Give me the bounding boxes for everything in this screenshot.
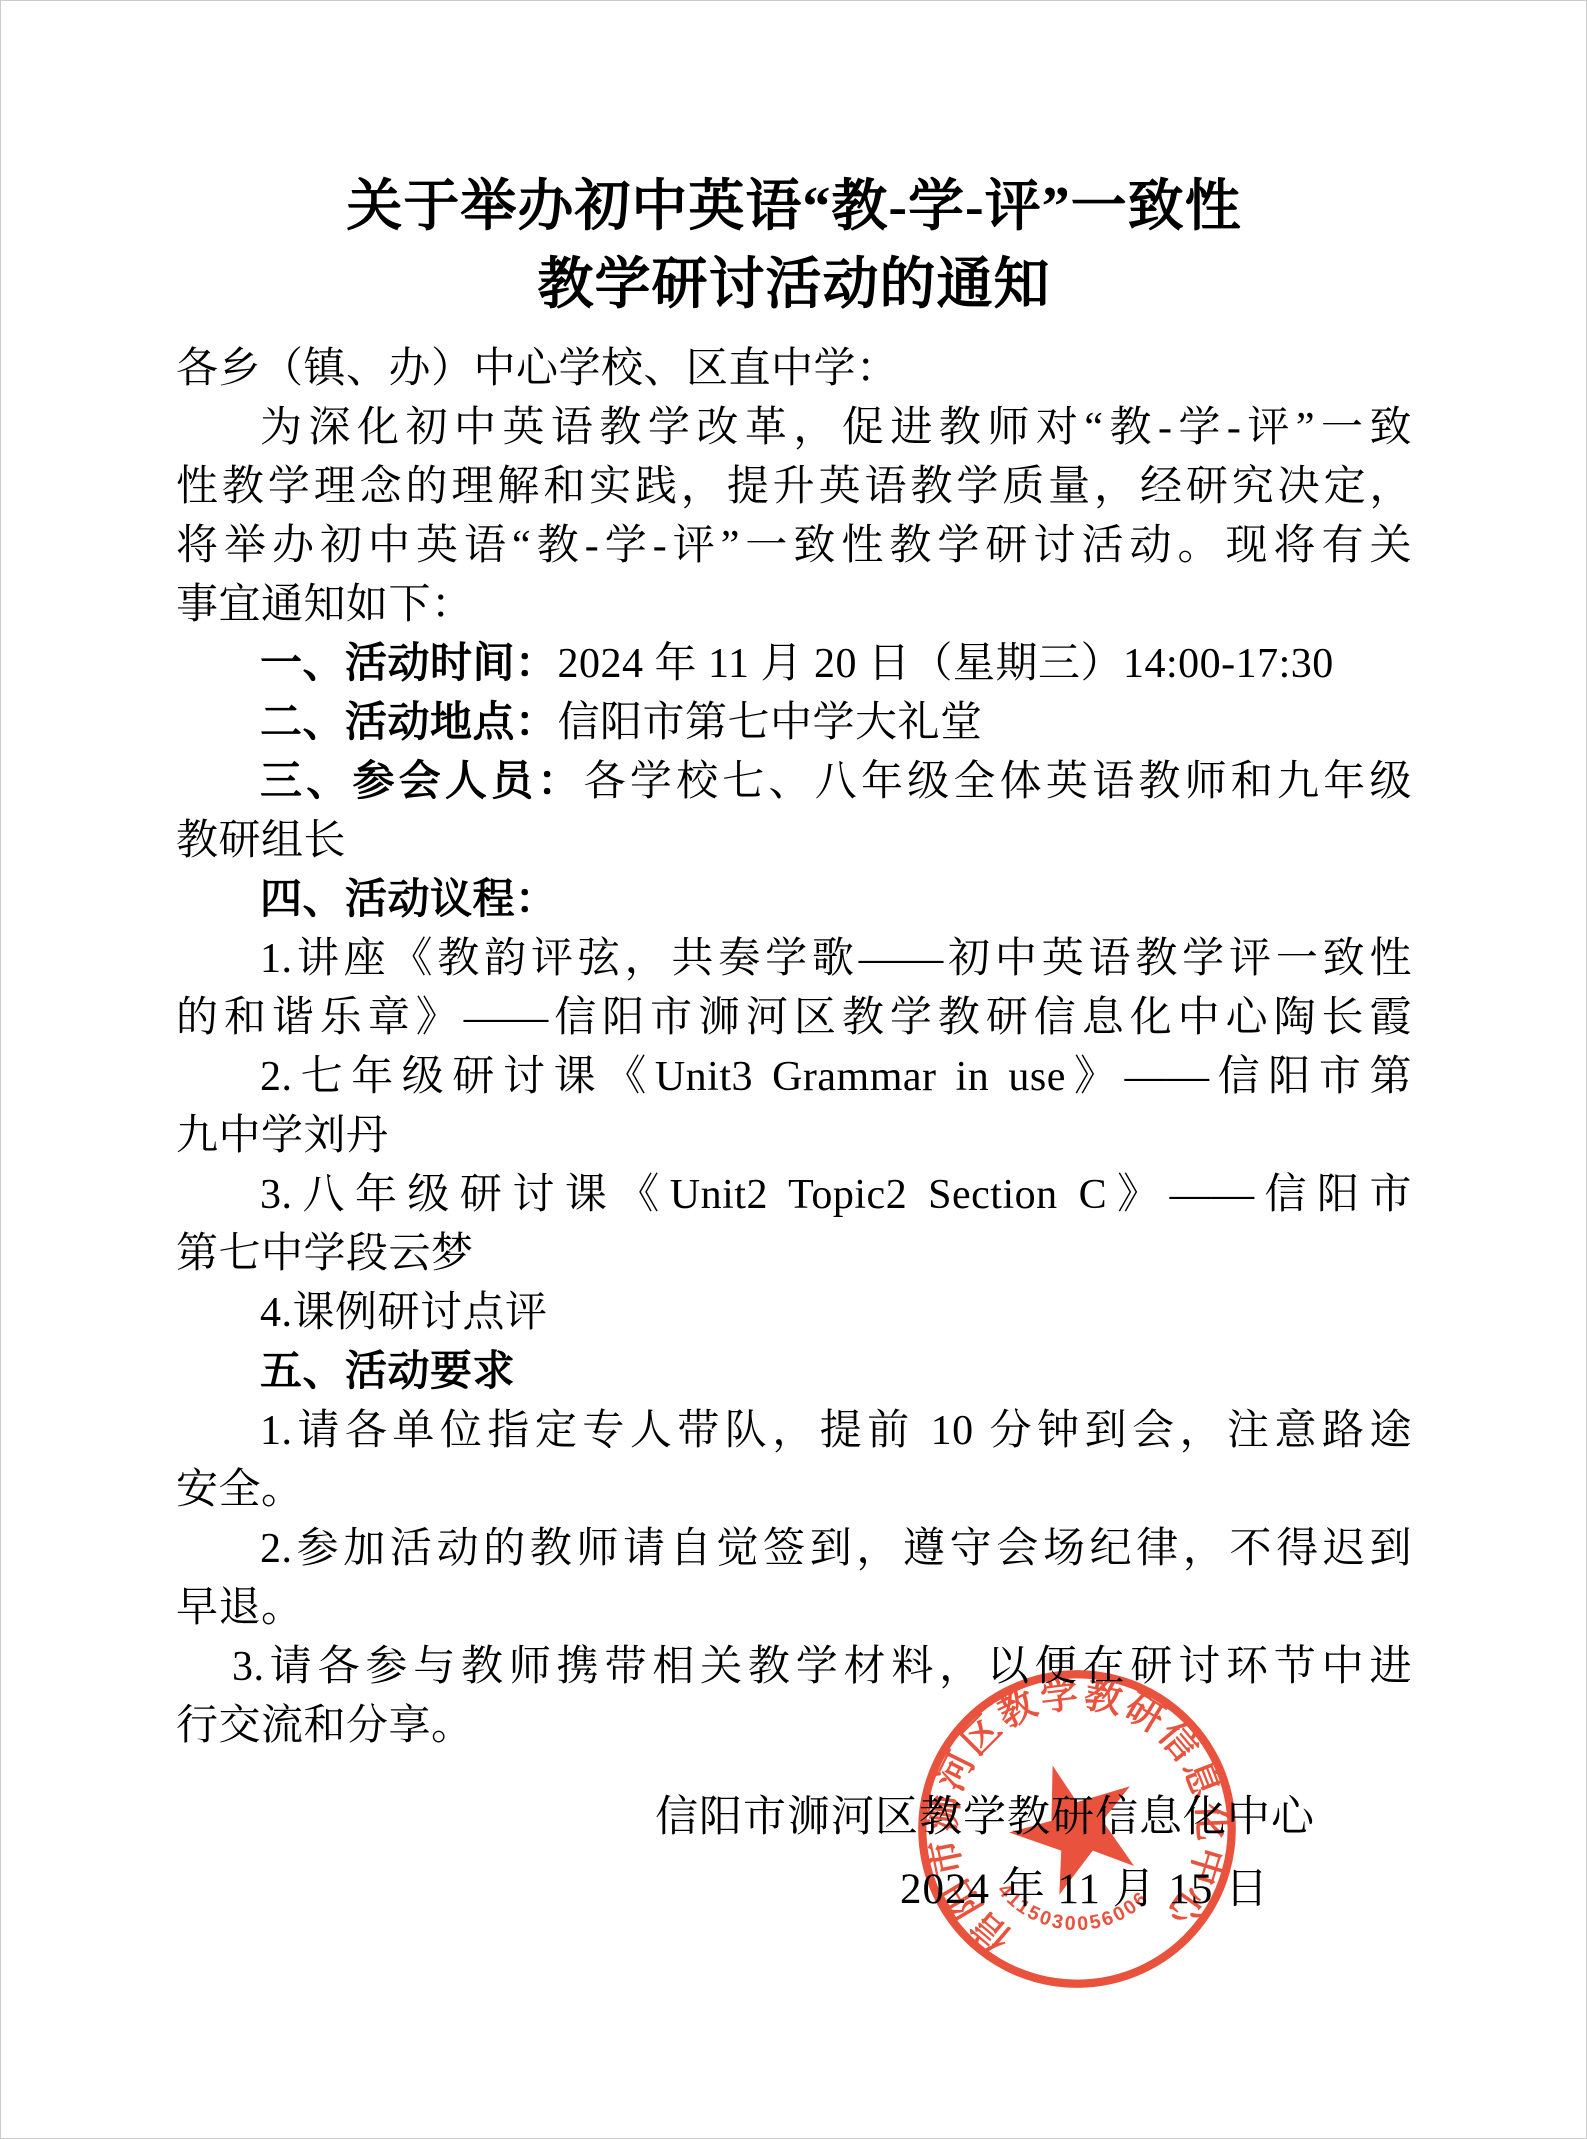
line-label-bold: 四、活动议程： [260, 877, 558, 923]
signature-org: 信阳市浉河区教学教研信息化中心 [655, 1792, 1315, 1844]
doc-line: 安全。 [176, 1461, 1412, 1520]
line-text: 2.七年级研讨课《Unit3 Grammar in use》——信阳市第 [260, 1054, 1412, 1100]
document-title: 关于举办初中英语“教-学-评”一致性 教学研讨活动的通知 [176, 168, 1412, 324]
doc-line: 三、参会人员：各学校七、八年级全体英语教师和九年级 [176, 753, 1412, 812]
doc-line: 1.请各单位指定专人带队，提前 10 分钟到会，注意路途 [176, 1402, 1412, 1461]
line-text: 2024 年 11 月 20 日（星期三）14:00-17:30 [558, 641, 1334, 687]
doc-line: 行交流和分享。 [176, 1697, 1412, 1756]
doc-line: 第七中学段云梦 [176, 1225, 1412, 1284]
line-text: 1.请各单位指定专人带队，提前 10 分钟到会，注意路途 [260, 1408, 1412, 1454]
line-text: 行交流和分享。 [176, 1703, 474, 1749]
doc-line: 一、活动时间：2024 年 11 月 20 日（星期三）14:00-17:30 [176, 635, 1412, 694]
doc-line: 二、活动地点：信阳市第七中学大礼堂 [176, 694, 1412, 753]
doc-line: 将举办初中英语“教-学-评”一致性教学研讨活动。现将有关 [176, 517, 1412, 576]
body-lines: 各乡（镇、办）中心学校、区直中学：为深化初中英语教学改革，促进教师对“教-学-评… [176, 340, 1412, 1756]
title-line-2: 教学研讨活动的通知 [176, 246, 1412, 324]
line-text: 为深化初中英语教学改革，促进教师对“教-学-评”一致 [260, 405, 1412, 451]
title-line-1: 关于举办初中英语“教-学-评”一致性 [176, 168, 1412, 246]
line-text: 教研组长 [176, 818, 346, 864]
line-text: 各学校七、八年级全体英语教师和九年级 [584, 759, 1412, 805]
doc-line: 1.讲座《教韵评弦，共奏学歌——初中英语教学评一致性 [176, 930, 1412, 989]
line-label-bold: 一、活动时间： [260, 641, 558, 687]
doc-line: 3.请各参与教师携带相关教学材料，以便在研讨环节中进 [176, 1638, 1412, 1697]
line-text: 第七中学段云梦 [176, 1231, 474, 1277]
line-text: 4.课例研讨点评 [260, 1290, 548, 1336]
line-text: 3.八年级研讨课《Unit2 Topic2 Section C》——信阳市 [260, 1172, 1412, 1218]
line-text: 九中学刘丹 [176, 1113, 389, 1159]
doc-line: 早退。 [176, 1579, 1412, 1638]
line-text: 事宜通知如下： [176, 582, 474, 628]
doc-line: 2.参加活动的教师请自觉签到，遵守会场纪律，不得迟到 [176, 1520, 1412, 1579]
line-text: 各乡（镇、办）中心学校、区直中学： [176, 346, 899, 392]
doc-line: 为深化初中英语教学改革，促进教师对“教-学-评”一致 [176, 399, 1412, 458]
line-label-bold: 三、参会人员： [260, 759, 584, 805]
doc-line: 3.八年级研讨课《Unit2 Topic2 Section C》——信阳市 [176, 1166, 1412, 1225]
doc-line: 各乡（镇、办）中心学校、区直中学： [176, 340, 1412, 399]
doc-line: 性教学理念的理解和实践，提升英语教学质量，经研究决定， [176, 458, 1412, 517]
line-text: 安全。 [176, 1467, 304, 1513]
doc-line: 4.课例研讨点评 [176, 1284, 1412, 1343]
notice-page: 关于举办初中英语“教-学-评”一致性 教学研讨活动的通知 各乡（镇、办）中心学校… [0, 0, 1587, 2139]
signature-date: 2024 年 11 月 15 日 [900, 1864, 1269, 1916]
document-body: 关于举办初中英语“教-学-评”一致性 教学研讨活动的通知 各乡（镇、办）中心学校… [176, 168, 1412, 1756]
doc-line: 2.七年级研讨课《Unit3 Grammar in use》——信阳市第 [176, 1048, 1412, 1107]
doc-line: 事宜通知如下： [176, 576, 1412, 635]
line-text: 1.讲座《教韵评弦，共奏学歌——初中英语教学评一致性 [260, 936, 1412, 982]
line-text: 信阳市第七中学大礼堂 [558, 700, 983, 746]
line-label-bold: 五、活动要求 [260, 1349, 515, 1395]
line-text: 性教学理念的理解和实践，提升英语教学质量，经研究决定， [176, 464, 1412, 510]
line-text: 3.请各参与教师携带相关教学材料，以便在研讨环节中进 [232, 1644, 1412, 1690]
doc-line: 教研组长 [176, 812, 1412, 871]
doc-line: 五、活动要求 [176, 1343, 1412, 1402]
doc-line: 的和谐乐章》——信阳市浉河区教学教研信息化中心陶长霞 [176, 989, 1412, 1048]
line-text: 早退。 [176, 1585, 304, 1631]
line-text: 将举办初中英语“教-学-评”一致性教学研讨活动。现将有关 [176, 523, 1412, 569]
doc-line: 九中学刘丹 [176, 1107, 1412, 1166]
line-text: 2.参加活动的教师请自觉签到，遵守会场纪律，不得迟到 [260, 1526, 1412, 1572]
doc-line: 四、活动议程： [176, 871, 1412, 930]
line-label-bold: 二、活动地点： [260, 700, 558, 746]
line-text: 的和谐乐章》——信阳市浉河区教学教研信息化中心陶长霞 [176, 995, 1412, 1041]
